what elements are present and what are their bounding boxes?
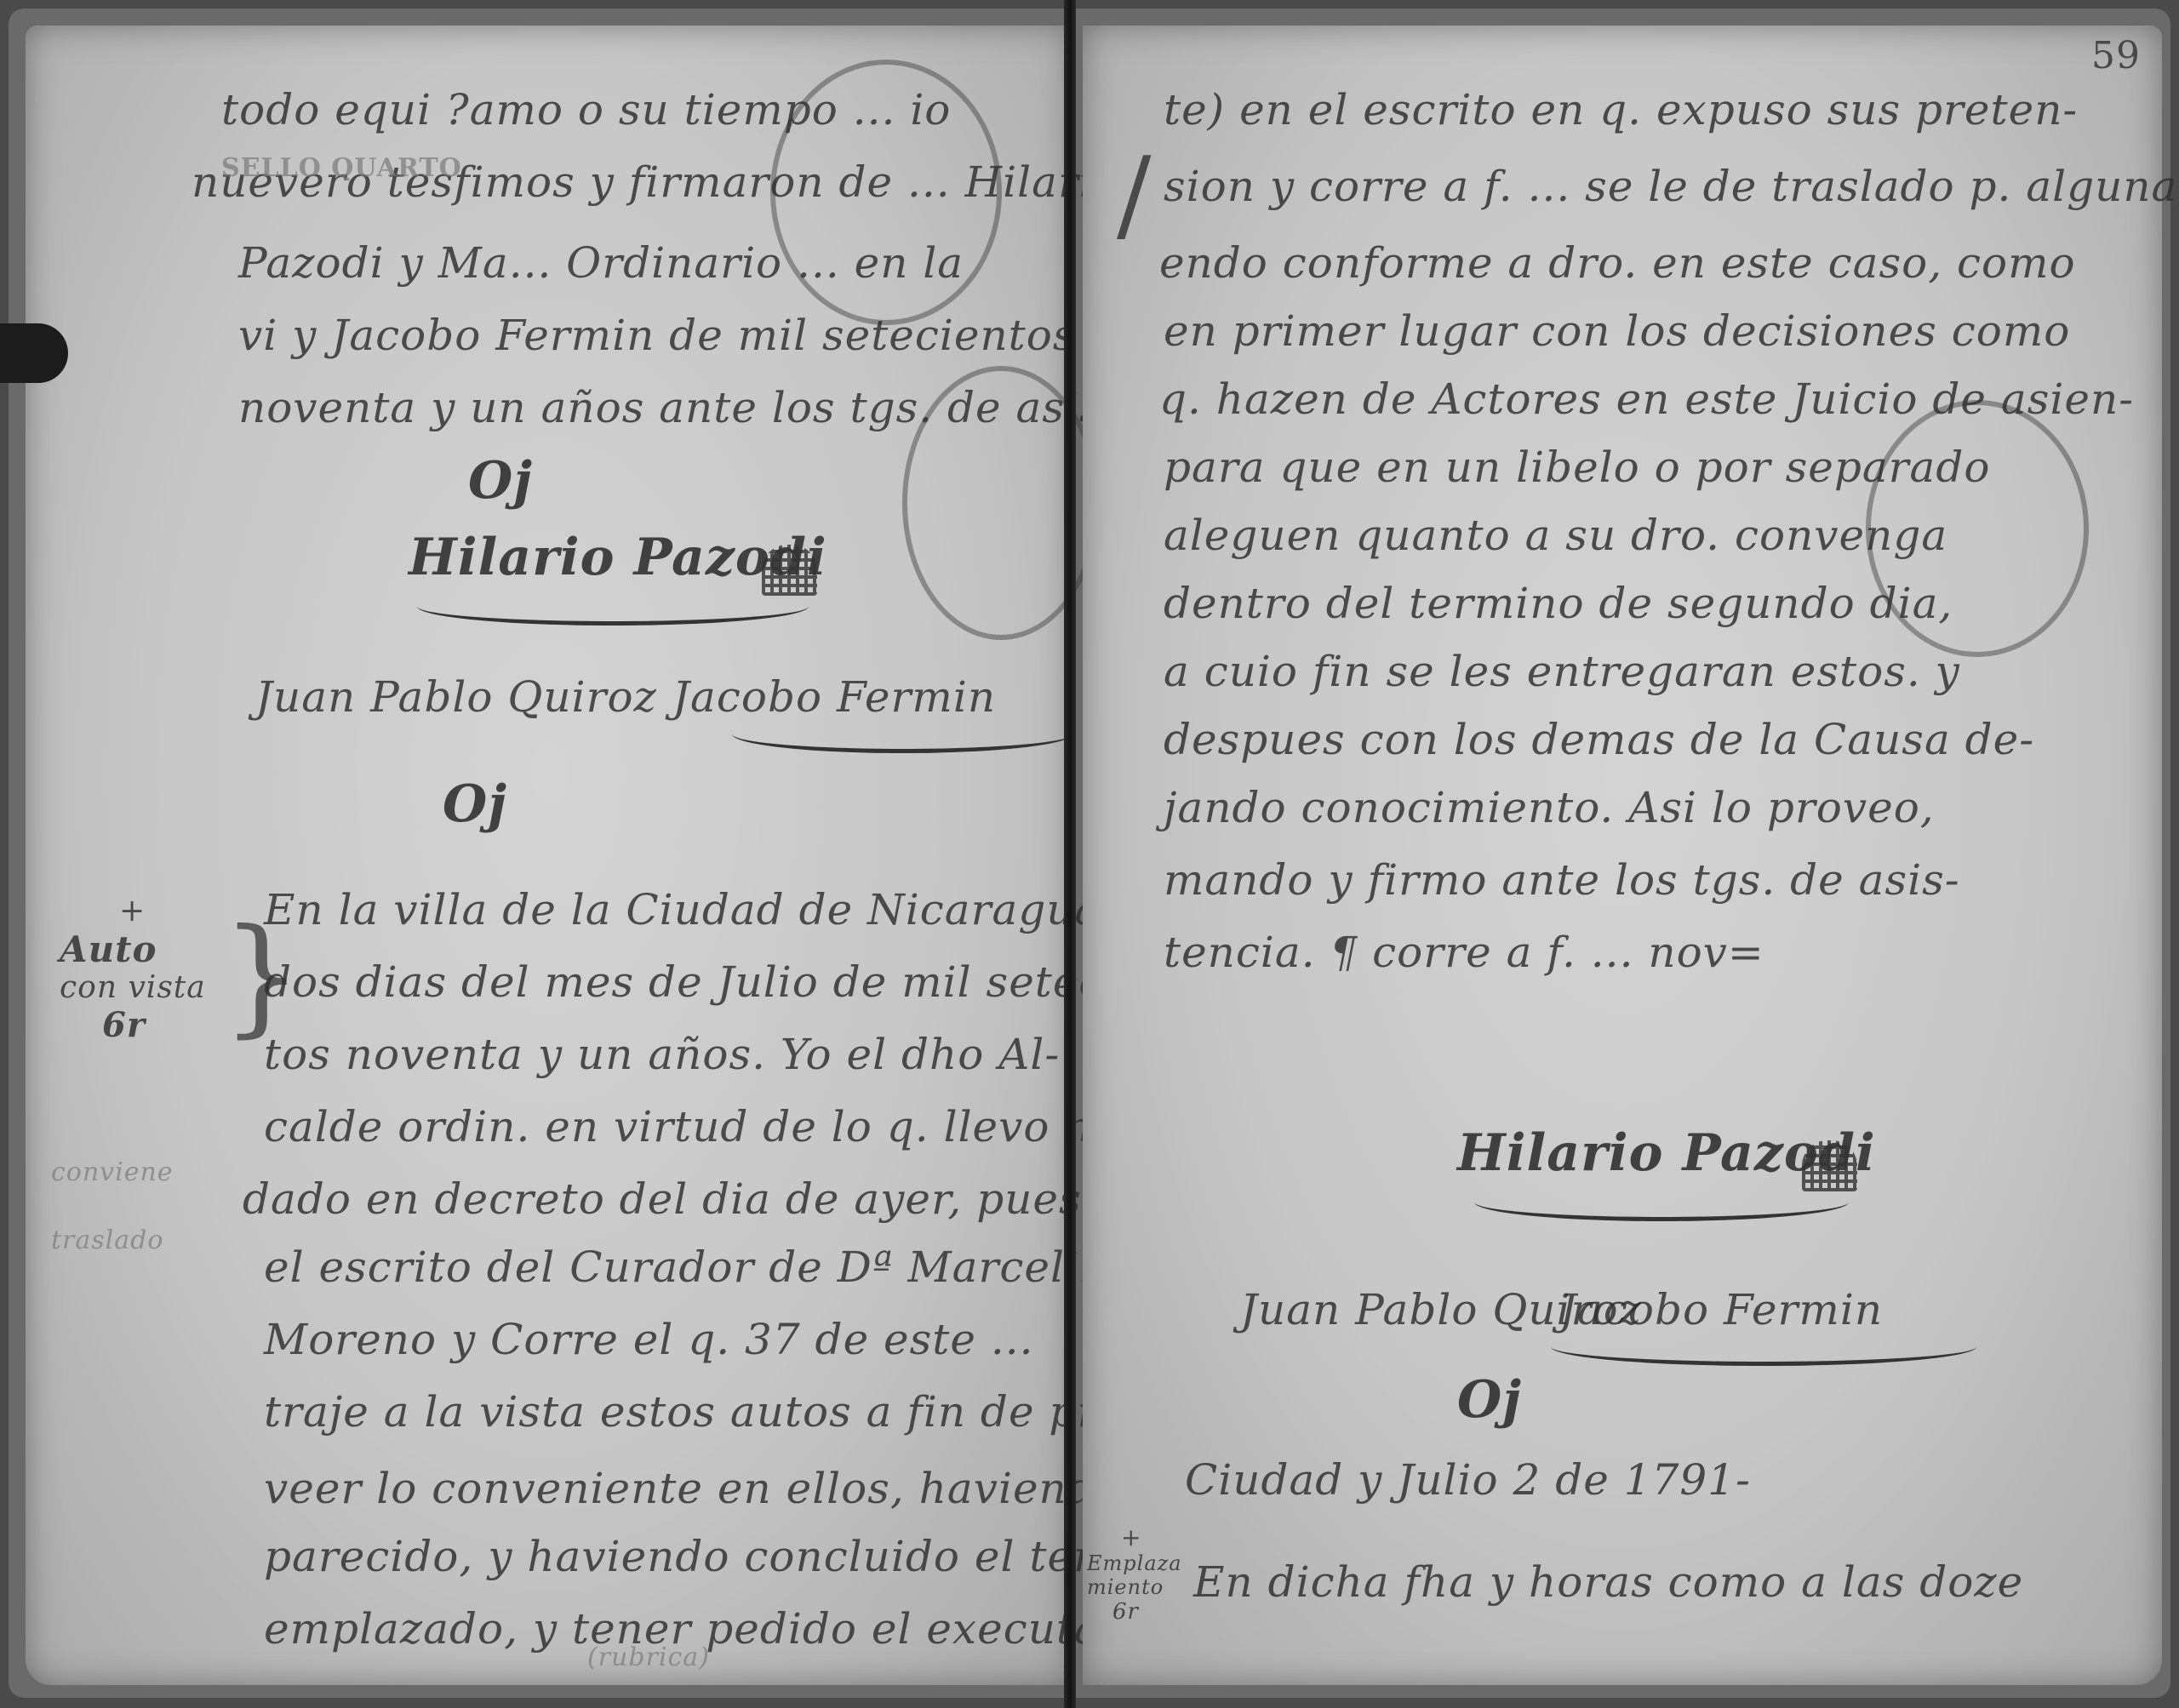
right-line-3: endo conforme a dro. en este caso, como bbox=[1159, 238, 2076, 288]
right-line-5: q. hazen de Actores en este Juicio de as… bbox=[1159, 374, 2134, 424]
body-line-4: calde ordin. en virtud de lo q. llevo ma… bbox=[264, 1102, 1175, 1151]
right-line-9: a cuio fin se les entregaran estos. y bbox=[1164, 647, 1960, 696]
right-line-10: despues con los demas de la Causa de- bbox=[1164, 715, 2034, 764]
left-page: todo equi ?amo o su tiempo ... io nuever… bbox=[26, 26, 1072, 1685]
witness-flourish-right bbox=[1551, 1328, 1976, 1366]
body-line-5: dado en decreto del dia de ayer, puesto bbox=[243, 1174, 1126, 1224]
left-top-line-4: vi y Jacobo Fermin de mil setecientos bbox=[238, 311, 1076, 360]
body-line-7: Moreno y Corre el q. 37 de este ... bbox=[264, 1315, 1034, 1364]
right-margin-miento: miento bbox=[1087, 1575, 1189, 1599]
mark-oj: Oj bbox=[468, 451, 533, 511]
left-top-line-1: todo equi ?amo o su tiempo ... io bbox=[221, 85, 951, 134]
bottom-rubric: (rubrica) bbox=[587, 1642, 710, 1672]
right-line-8: dentro del termino de segundo dia, bbox=[1164, 579, 1953, 628]
open-book: todo equi ?amo o su tiempo ... io nuever… bbox=[9, 9, 2170, 1698]
signature-flourish bbox=[417, 587, 809, 626]
right-line-4: en primer lugar con los decisiones como bbox=[1164, 306, 2070, 356]
page-number: 59 bbox=[2091, 34, 2141, 77]
margin-cross: + bbox=[119, 894, 230, 928]
right-page: 59 / te) en el escrito en q. expuso sus … bbox=[1083, 26, 2162, 1685]
right-line-6: para que en un libelo o por separado bbox=[1164, 443, 1990, 492]
last-line: En dicha fha y horas como a las doze bbox=[1193, 1557, 2023, 1607]
mark-oj-2: Oj bbox=[443, 774, 507, 834]
page-tab bbox=[0, 323, 68, 383]
body-line-1: En la villa de la Ciudad de Nicaragua a … bbox=[264, 885, 1220, 934]
right-line-12: mando y firmo ante los tgs. de asis- bbox=[1164, 855, 1960, 905]
margin-faint-2: traslado bbox=[51, 1225, 163, 1255]
left-top-line-3: Pazodi y Ma... Ordinario ... en la bbox=[238, 238, 964, 288]
margin-note: + Auto con vista 6r bbox=[60, 894, 230, 1045]
margin-faint-1: conviene bbox=[51, 1157, 174, 1187]
margin-slash: / bbox=[1117, 136, 1152, 254]
right-margin-note: + Emplaza miento 6r bbox=[1087, 1523, 1189, 1625]
body-line-8: traje a la vista estos autos a fin de pr… bbox=[264, 1387, 1140, 1437]
margin-con-vista: con vista bbox=[60, 970, 230, 1005]
book-gutter bbox=[1064, 0, 1076, 1708]
right-margin-cross: + bbox=[1121, 1523, 1189, 1551]
margin-folio: 6r bbox=[102, 1005, 230, 1045]
body-line-6: el escrito del Curador de Dª Marcelina bbox=[264, 1242, 1134, 1292]
right-line-2: sion y corre a f. ... se le de traslado … bbox=[1164, 162, 2179, 211]
witness-juan-pablo-quiroz: Juan Pablo Quiroz bbox=[255, 672, 657, 722]
right-line-7: aleguen quanto a su dro. convenga bbox=[1164, 511, 1947, 560]
stamp-top-text: SELLO QUARTO bbox=[221, 153, 462, 183]
date-line: Ciudad y Julio 2 de 1791- bbox=[1185, 1455, 1751, 1505]
right-line-1: te) en el escrito en q. expuso sus prete… bbox=[1164, 85, 2078, 134]
right-margin-folio: 6r bbox=[1112, 1599, 1189, 1625]
signature-flourish-right bbox=[1474, 1183, 1849, 1221]
margin-auto: Auto bbox=[60, 928, 230, 970]
right-line-11: jando conocimiento. Asi lo proveo, bbox=[1164, 783, 1935, 832]
witness-flourish bbox=[732, 715, 1072, 753]
mark-oj-right: Oj bbox=[1457, 1370, 1522, 1430]
body-line-2: dos dias del mes de Julio de mil setecie… bbox=[264, 957, 1187, 1007]
left-top-line-5: noventa y un años ante los tgs. de asis- bbox=[238, 383, 1118, 432]
right-line-13: tencia. ¶ corre a f. ... nov= bbox=[1164, 928, 1764, 977]
right-margin-emplaza: Emplaza bbox=[1087, 1551, 1189, 1575]
body-line-3: tos noventa y un años. Yo el dho Al- bbox=[264, 1030, 1060, 1079]
